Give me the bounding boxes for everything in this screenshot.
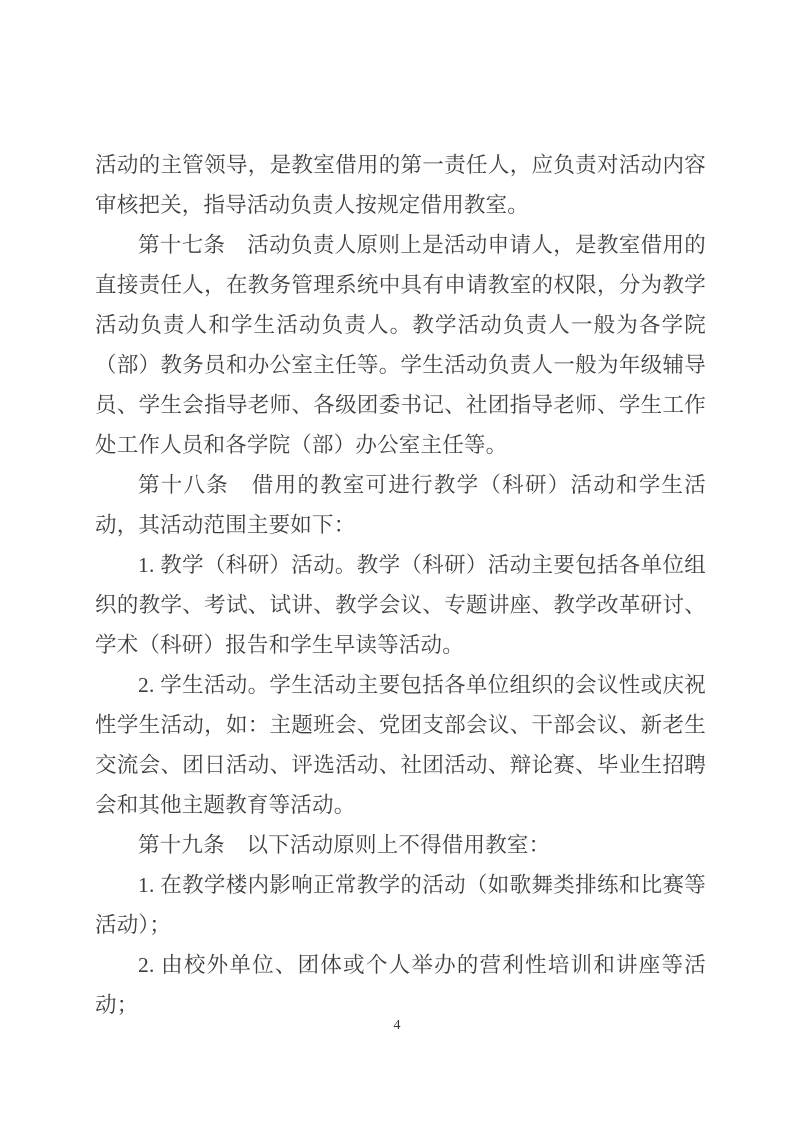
paragraph-item-1-prohibited: 1. 在教学楼内影响正常教学的活动（如歌舞类排练和比赛等活动）； [95, 865, 706, 945]
paragraph-article-17: 第十七条 活动负责人原则上是活动申请人，是教室借用的直接责任人，在教务管理系统中… [95, 225, 706, 465]
paragraph-article-19: 第十九条 以下活动原则上不得借用教室： [95, 825, 706, 865]
paragraph: 活动的主管领导，是教室借用的第一责任人，应负责对活动内容审核把关，指导活动负责人… [95, 145, 706, 225]
paragraph-item-2-student: 2. 学生活动。学生活动主要包括各单位组织的会议性或庆祝性学生活动，如：主题班会… [95, 665, 706, 825]
document-page: 活动的主管领导，是教室借用的第一责任人，应负责对活动内容审核把关，指导活动负责人… [0, 0, 794, 1123]
document-body: 活动的主管领导，是教室借用的第一责任人，应负责对活动内容审核把关，指导活动负责人… [95, 145, 706, 1025]
page-footer: 4 [0, 1016, 794, 1034]
paragraph-item-1-teaching: 1. 教学（科研）活动。教学（科研）活动主要包括各单位组织的教学、考试、试讲、教… [95, 545, 706, 665]
paragraph-article-18: 第十八条 借用的教室可进行教学（科研）活动和学生活动，其活动范围主要如下： [95, 465, 706, 545]
page-number: 4 [394, 1018, 401, 1033]
paragraph-item-2-prohibited: 2. 由校外单位、团体或个人举办的营利性培训和讲座等活动； [95, 945, 706, 1025]
